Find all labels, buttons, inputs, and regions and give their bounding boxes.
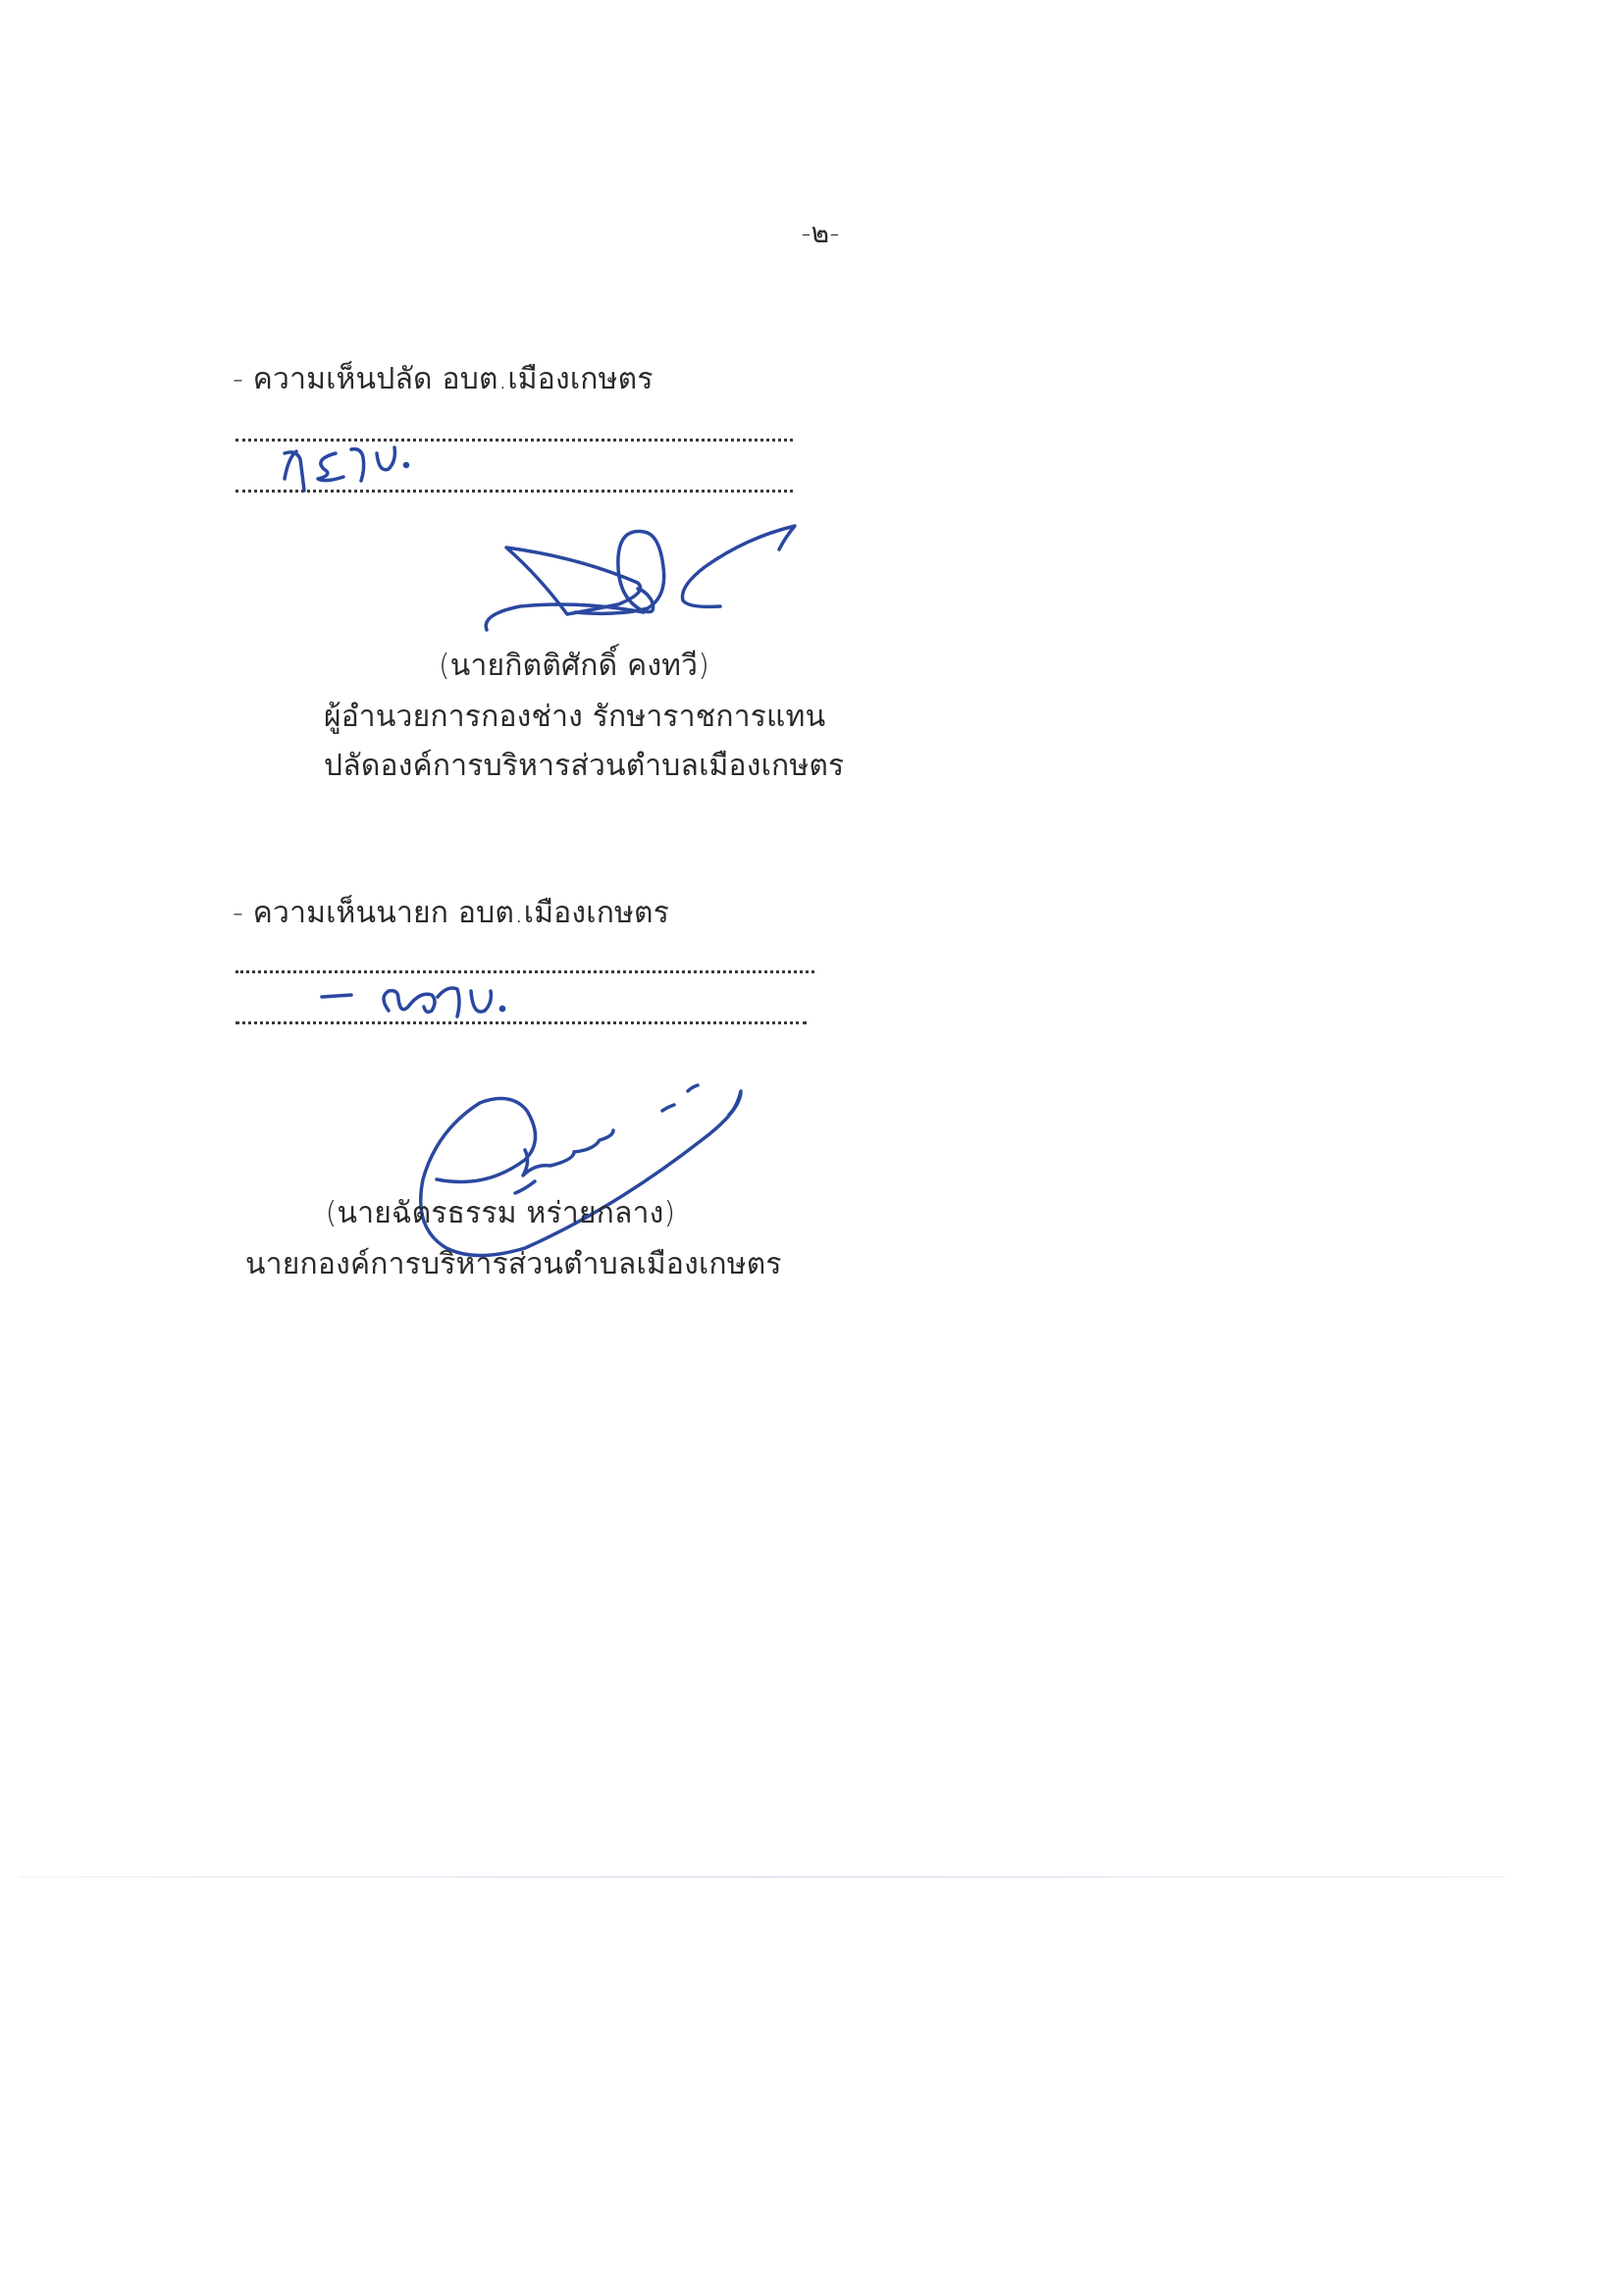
section-heading-palat-opinion: - ความเห็นปลัด อบต.เมืองเกษตร [233,365,654,394]
signatory-name-palat: (นายกิตติศักดิ์ คงทวี) [324,652,824,681]
handwritten-comment-palat: ทราบ. [275,440,471,502]
signatory-name-mayor: (นายฉัตรธรรม หร่ายกลาง) [294,1199,707,1228]
page-number: -๒- [785,220,856,247]
section-heading-mayor-opinion: - ความเห็นนายก อบต.เมืองเกษตร [233,899,669,928]
comment-line-3 [236,970,814,973]
handwritten-comment-mayor: - ทราบ. [294,977,550,1040]
signatory-position-palat-line1: ผู้อำนวยการกองช่าง รักษาราชการแทน [324,703,824,732]
signatory-position-mayor: นายกองค์การบริหารส่วนตำบลเมืองเกษตร [245,1250,765,1279]
scan-artifact-line [20,1876,1505,1878]
signatory-position-palat-line2: ปลัดองค์การบริหารส่วนตำบลเมืองเกษตร [324,752,824,781]
signature-palat [451,498,795,650]
